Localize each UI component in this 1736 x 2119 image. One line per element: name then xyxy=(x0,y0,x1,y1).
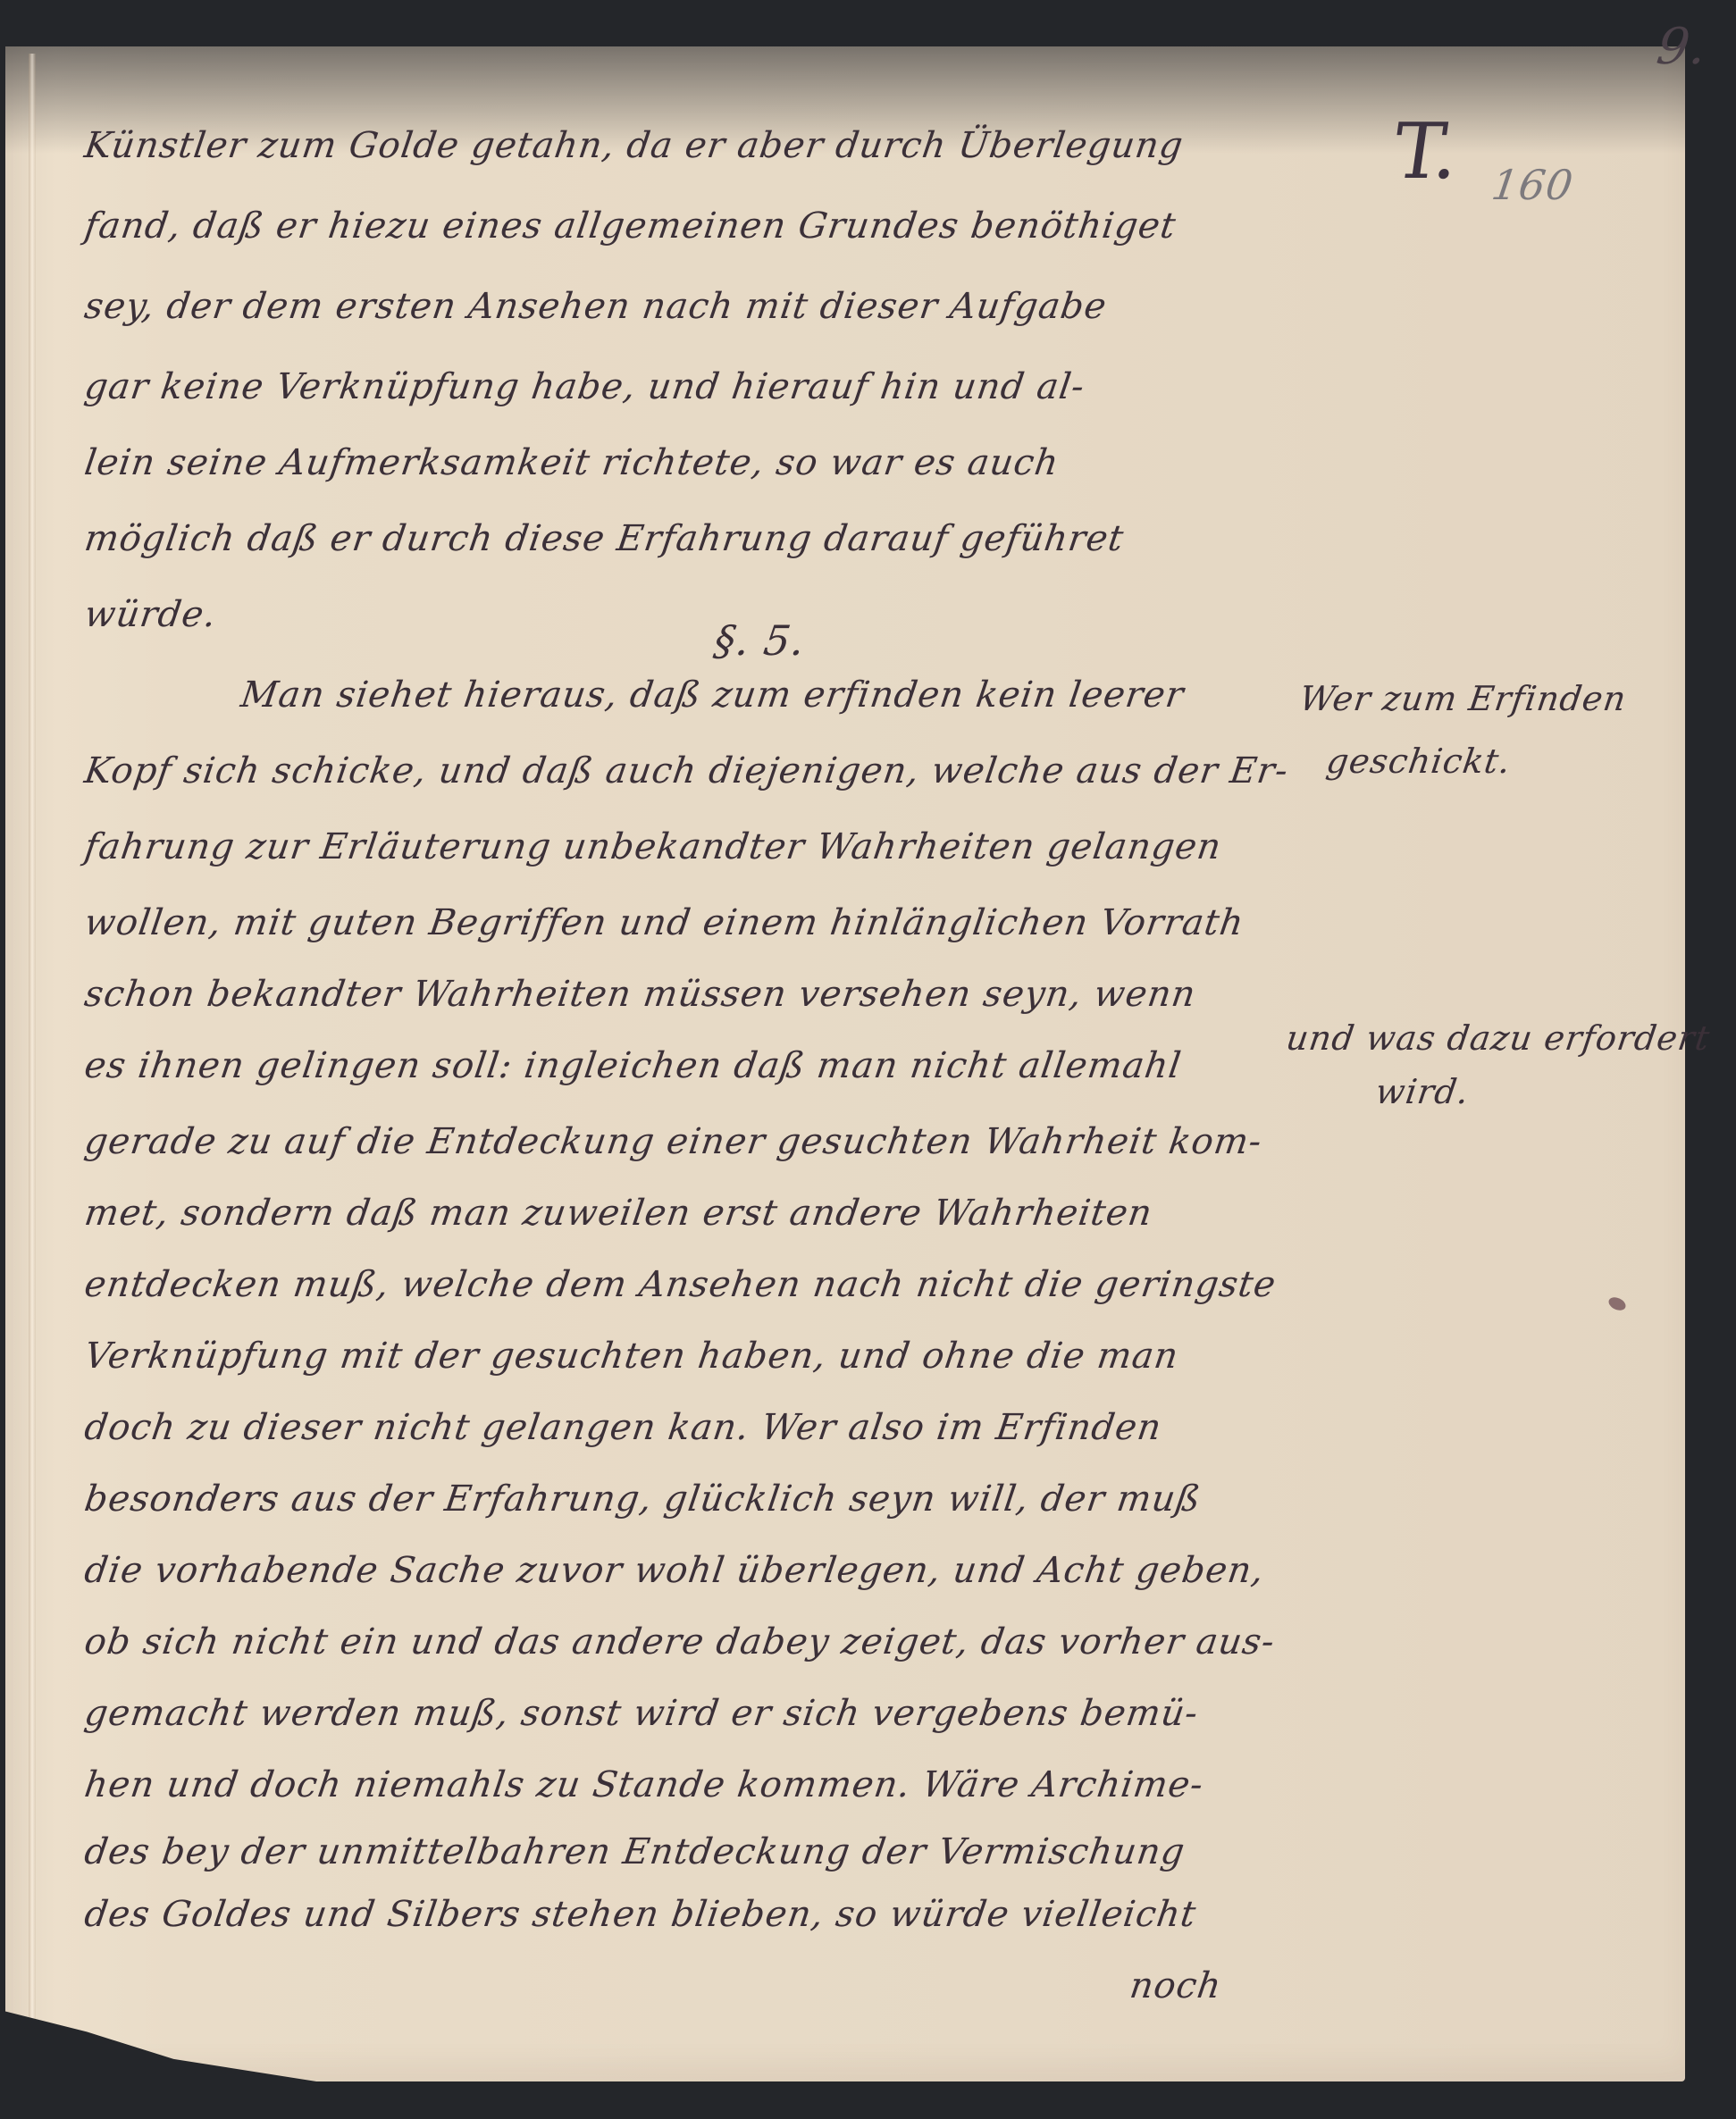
text-line: Man siehet hieraus, daß zum erfinden kei… xyxy=(239,674,1187,716)
scan-background-right xyxy=(1685,0,1736,2119)
text-line: doch zu dieser nicht gelangen kan. Wer a… xyxy=(82,1407,1164,1448)
text-line: lein seine Aufmerksamkeit richtete, so w… xyxy=(82,442,1061,483)
catchword: noch xyxy=(1128,1965,1224,2006)
text-line: möglich daß er durch diese Erfahrung dar… xyxy=(82,518,1127,559)
text-line: hen und doch niemahls zu Stande kommen. … xyxy=(82,1764,1206,1805)
pencil-foliation: 160 xyxy=(1489,161,1576,209)
section-letter: T. xyxy=(1388,107,1466,197)
text-line: met, sondern daß man zuweilen erst ander… xyxy=(82,1193,1155,1234)
margin-note-line: geschickt. xyxy=(1324,741,1514,781)
text-line: gerade zu auf die Entdeckung einer gesuc… xyxy=(82,1121,1265,1162)
page-gutter-fold xyxy=(29,54,36,2019)
text-line: würde. xyxy=(82,594,220,635)
margin-note-line: Wer zum Erfinden xyxy=(1297,679,1629,718)
text-line: des bey der unmittelbahren Entdeckung de… xyxy=(82,1831,1187,1872)
text-line: gemacht werden muß, sonst wird er sich v… xyxy=(82,1693,1201,1734)
text-line: die vorhabende Sache zuvor wohl überlege… xyxy=(82,1550,1267,1591)
page-number: 9. xyxy=(1653,18,1711,76)
text-line: schon bekandter Wahrheiten müssen verseh… xyxy=(82,974,1199,1015)
text-line: fahrung zur Erläuterung unbekandter Wahr… xyxy=(82,826,1224,867)
text-line: ob sich nicht ein und das andere dabey z… xyxy=(82,1621,1278,1663)
text-line: Verknüpfung mit der gesuchten haben, und… xyxy=(82,1336,1181,1377)
margin-note-line: und was dazu erfordert xyxy=(1284,1018,1713,1058)
text-line: besonders aus der Erfahrung, glücklich s… xyxy=(82,1478,1203,1520)
text-line: Künstler zum Golde getahn, da er aber du… xyxy=(82,125,1187,166)
manuscript-scan: 9. T. 160 Künstler zum Golde getahn, da … xyxy=(0,0,1736,2119)
margin-note-line: wird. xyxy=(1373,1072,1472,1111)
text-line: fand, daß er hiezu eines allgemeinen Gru… xyxy=(82,205,1178,247)
text-line: Kopf sich schicke, und daß auch diejenig… xyxy=(82,750,1291,791)
text-line: gar keine Verknüpfung habe, und hierauf … xyxy=(82,366,1087,407)
text-line: es ihnen gelingen soll: ingleichen daß m… xyxy=(82,1045,1184,1086)
text-line: entdecken muß, welche dem Ansehen nach n… xyxy=(82,1264,1279,1305)
text-line: wollen, mit guten Begriffen und einem hi… xyxy=(82,902,1247,943)
text-line: des Goldes und Silbers stehen blieben, s… xyxy=(82,1894,1199,1935)
section-heading: §. 5. xyxy=(711,616,809,665)
text-line: sey, der dem ersten Ansehen nach mit die… xyxy=(82,286,1110,327)
